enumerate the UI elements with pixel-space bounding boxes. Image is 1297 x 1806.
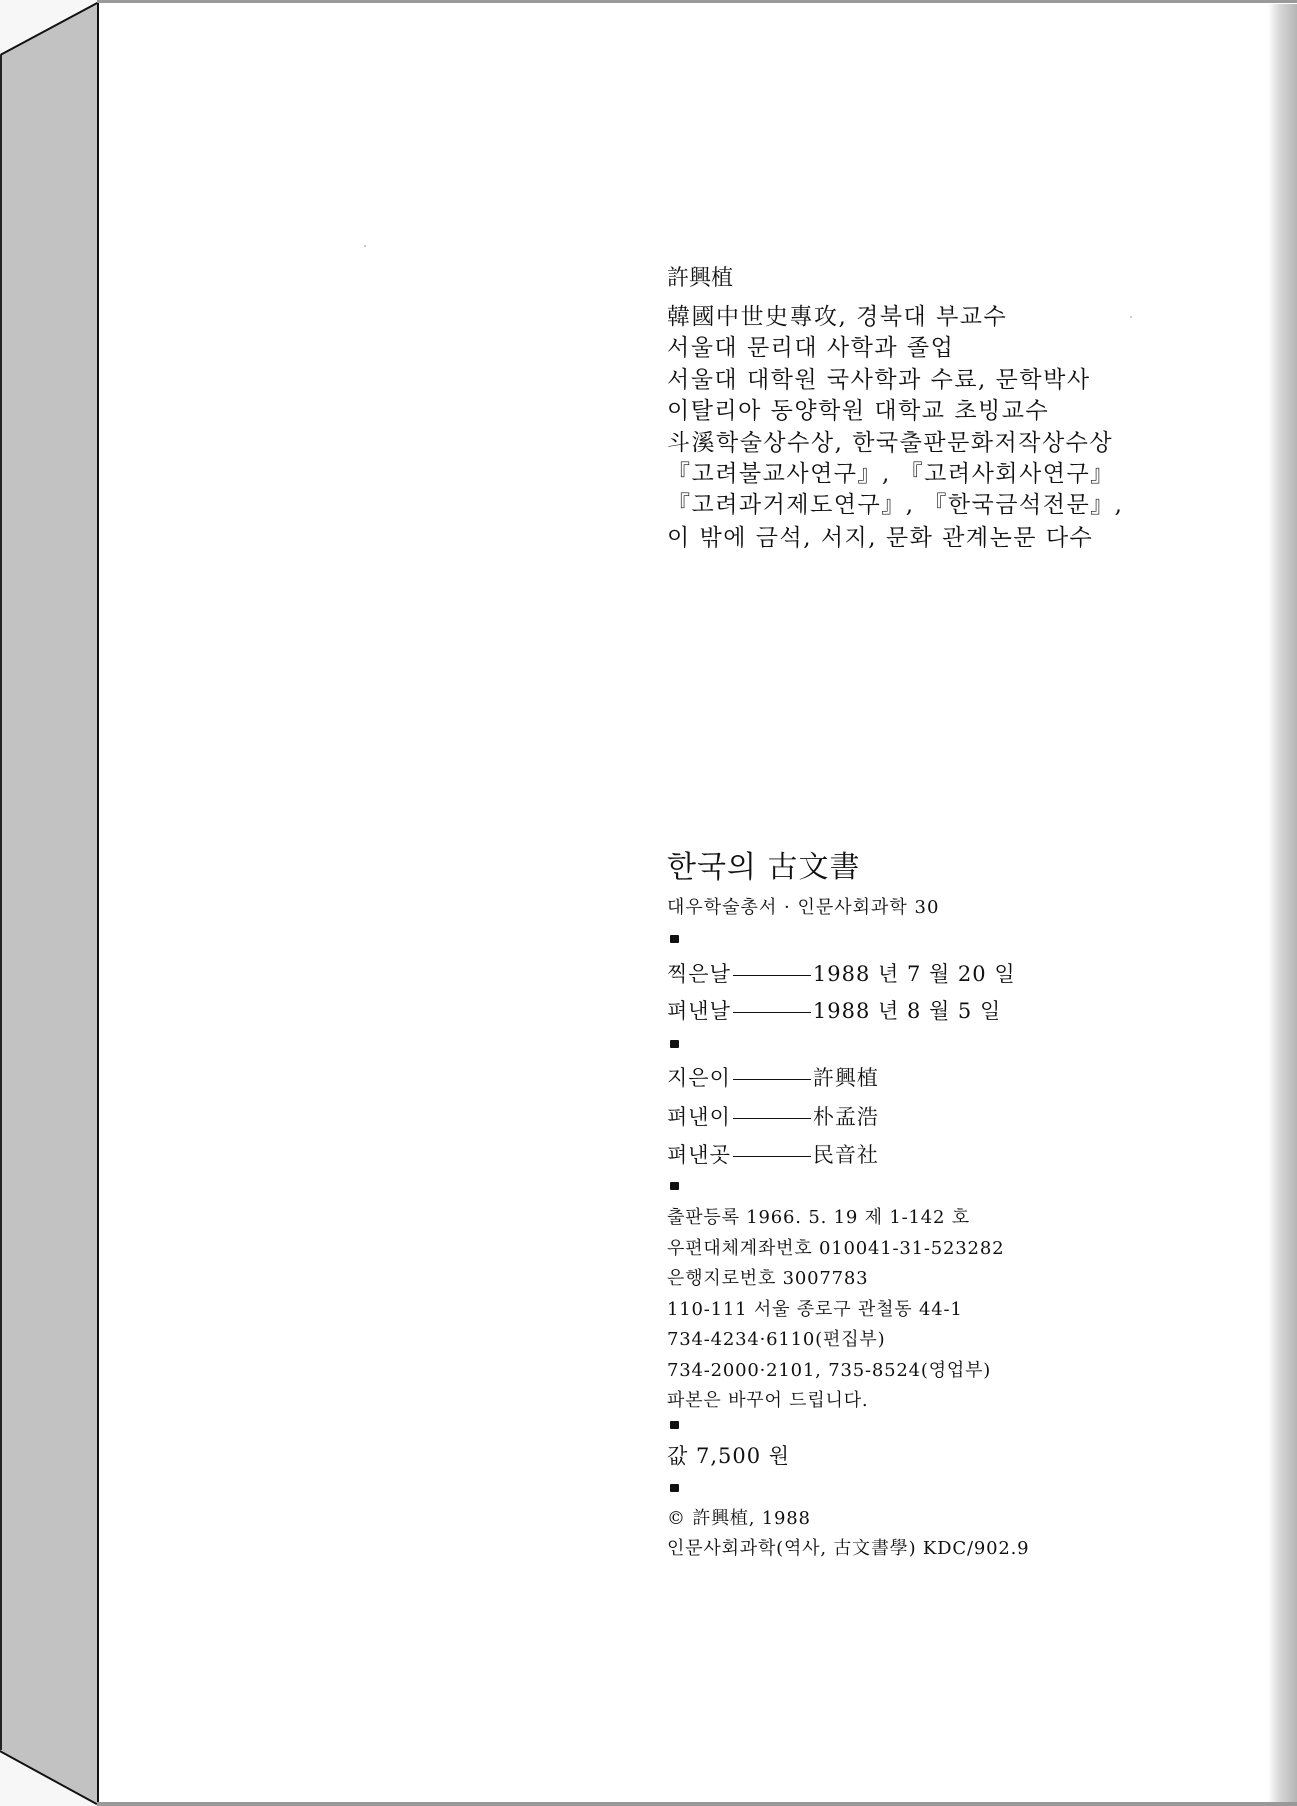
publisher-info-line: 출판등록 1966. 5. 19 제 1-142 호 <box>667 1209 970 1227</box>
publish-date-label: 펴낸날 <box>667 999 731 1023</box>
bio-line: 서울대 문리대 사학과 졸업 <box>667 337 954 360</box>
print-date: 찍은날1988 년 7 월 20 일 <box>667 964 1016 985</box>
series-name: 대우학술총서 · 인문사회과학 30 <box>667 899 939 917</box>
section-marker <box>670 1421 679 1429</box>
section-marker <box>670 935 679 943</box>
credit-value: 民音社 <box>813 1143 879 1167</box>
book-title: 한국의 古文書 <box>667 853 860 883</box>
publisher-info-line: 우편대체계좌번호 010041-31-523282 <box>667 1240 1004 1258</box>
print-date-label: 찍은날 <box>667 962 731 986</box>
publish-date-value: 1988 년 8 월 5 일 <box>813 999 1001 1023</box>
leader-dash <box>733 1079 811 1080</box>
credit-author: 지은이許興植 <box>667 1068 879 1089</box>
book-spine <box>0 0 97 1806</box>
publish-date: 펴낸날1988 년 8 월 5 일 <box>667 1001 1001 1022</box>
bio-line: 이 밖에 금석, 서지, 문화 관계논문 다수 <box>667 527 1093 550</box>
bio-line: 이탈리아 동양학원 대학교 초빙교수 <box>667 400 1049 423</box>
credit-label: 지은이 <box>667 1066 731 1090</box>
bio-line: 韓國中世史專攻, 경북대 부교수 <box>667 306 1007 329</box>
copyright: © 許興植, 1988 <box>667 1510 811 1528</box>
credit-publisher: 펴낸이朴孟浩 <box>667 1107 879 1128</box>
print-date-value: 1988 년 7 월 20 일 <box>813 962 1016 986</box>
credit-label: 펴낸이 <box>667 1105 731 1129</box>
classification: 인문사회과학(역사, 古文書學) KDC/902.9 <box>667 1540 1029 1558</box>
bio-line: 서울대 대학원 국사학과 수료, 문학박사 <box>667 369 1091 392</box>
leader-dash <box>733 1118 811 1119</box>
publisher-info-line: 파본은 바꾸어 드립니다. <box>667 1392 868 1410</box>
spine-edge-line <box>0 55 2 1750</box>
credit-publishing-house: 펴낸곳民音社 <box>667 1145 879 1166</box>
credit-label: 펴낸곳 <box>667 1143 731 1167</box>
bio-line: 『고려과거제도연구』, 『한국금석전문』, <box>667 494 1124 517</box>
publisher-info-line: 은행지로번호 3007783 <box>667 1270 868 1288</box>
publisher-info-line: 734-4234·6110(편집부) <box>667 1331 885 1349</box>
publisher-info-line: 110-111 서울 종로구 관철동 44-1 <box>667 1301 963 1319</box>
section-marker <box>670 1182 679 1190</box>
leader-dash <box>733 1156 811 1157</box>
section-marker <box>670 1040 679 1048</box>
paper-speck <box>1130 316 1132 318</box>
price: 값 7,500 원 <box>667 1446 790 1467</box>
credit-value: 朴孟浩 <box>813 1105 879 1129</box>
bio-line: 斗溪학술상수상, 한국출판문화저작상수상 <box>667 432 1113 455</box>
leader-dash <box>733 975 811 976</box>
credit-value: 許興植 <box>813 1066 879 1090</box>
bio-line: 『고려불교사연구』, 『고려사회사연구』 <box>667 463 1115 486</box>
page-bottom-edge <box>97 1802 1297 1806</box>
section-marker <box>670 1484 679 1492</box>
page-right-shadow <box>1268 4 1297 1802</box>
paper-speck <box>364 245 366 247</box>
leader-dash <box>733 1012 811 1013</box>
author-name: 許興植 <box>667 268 733 290</box>
publisher-info-line: 734-2000·2101, 735-8524(영업부) <box>667 1362 991 1380</box>
